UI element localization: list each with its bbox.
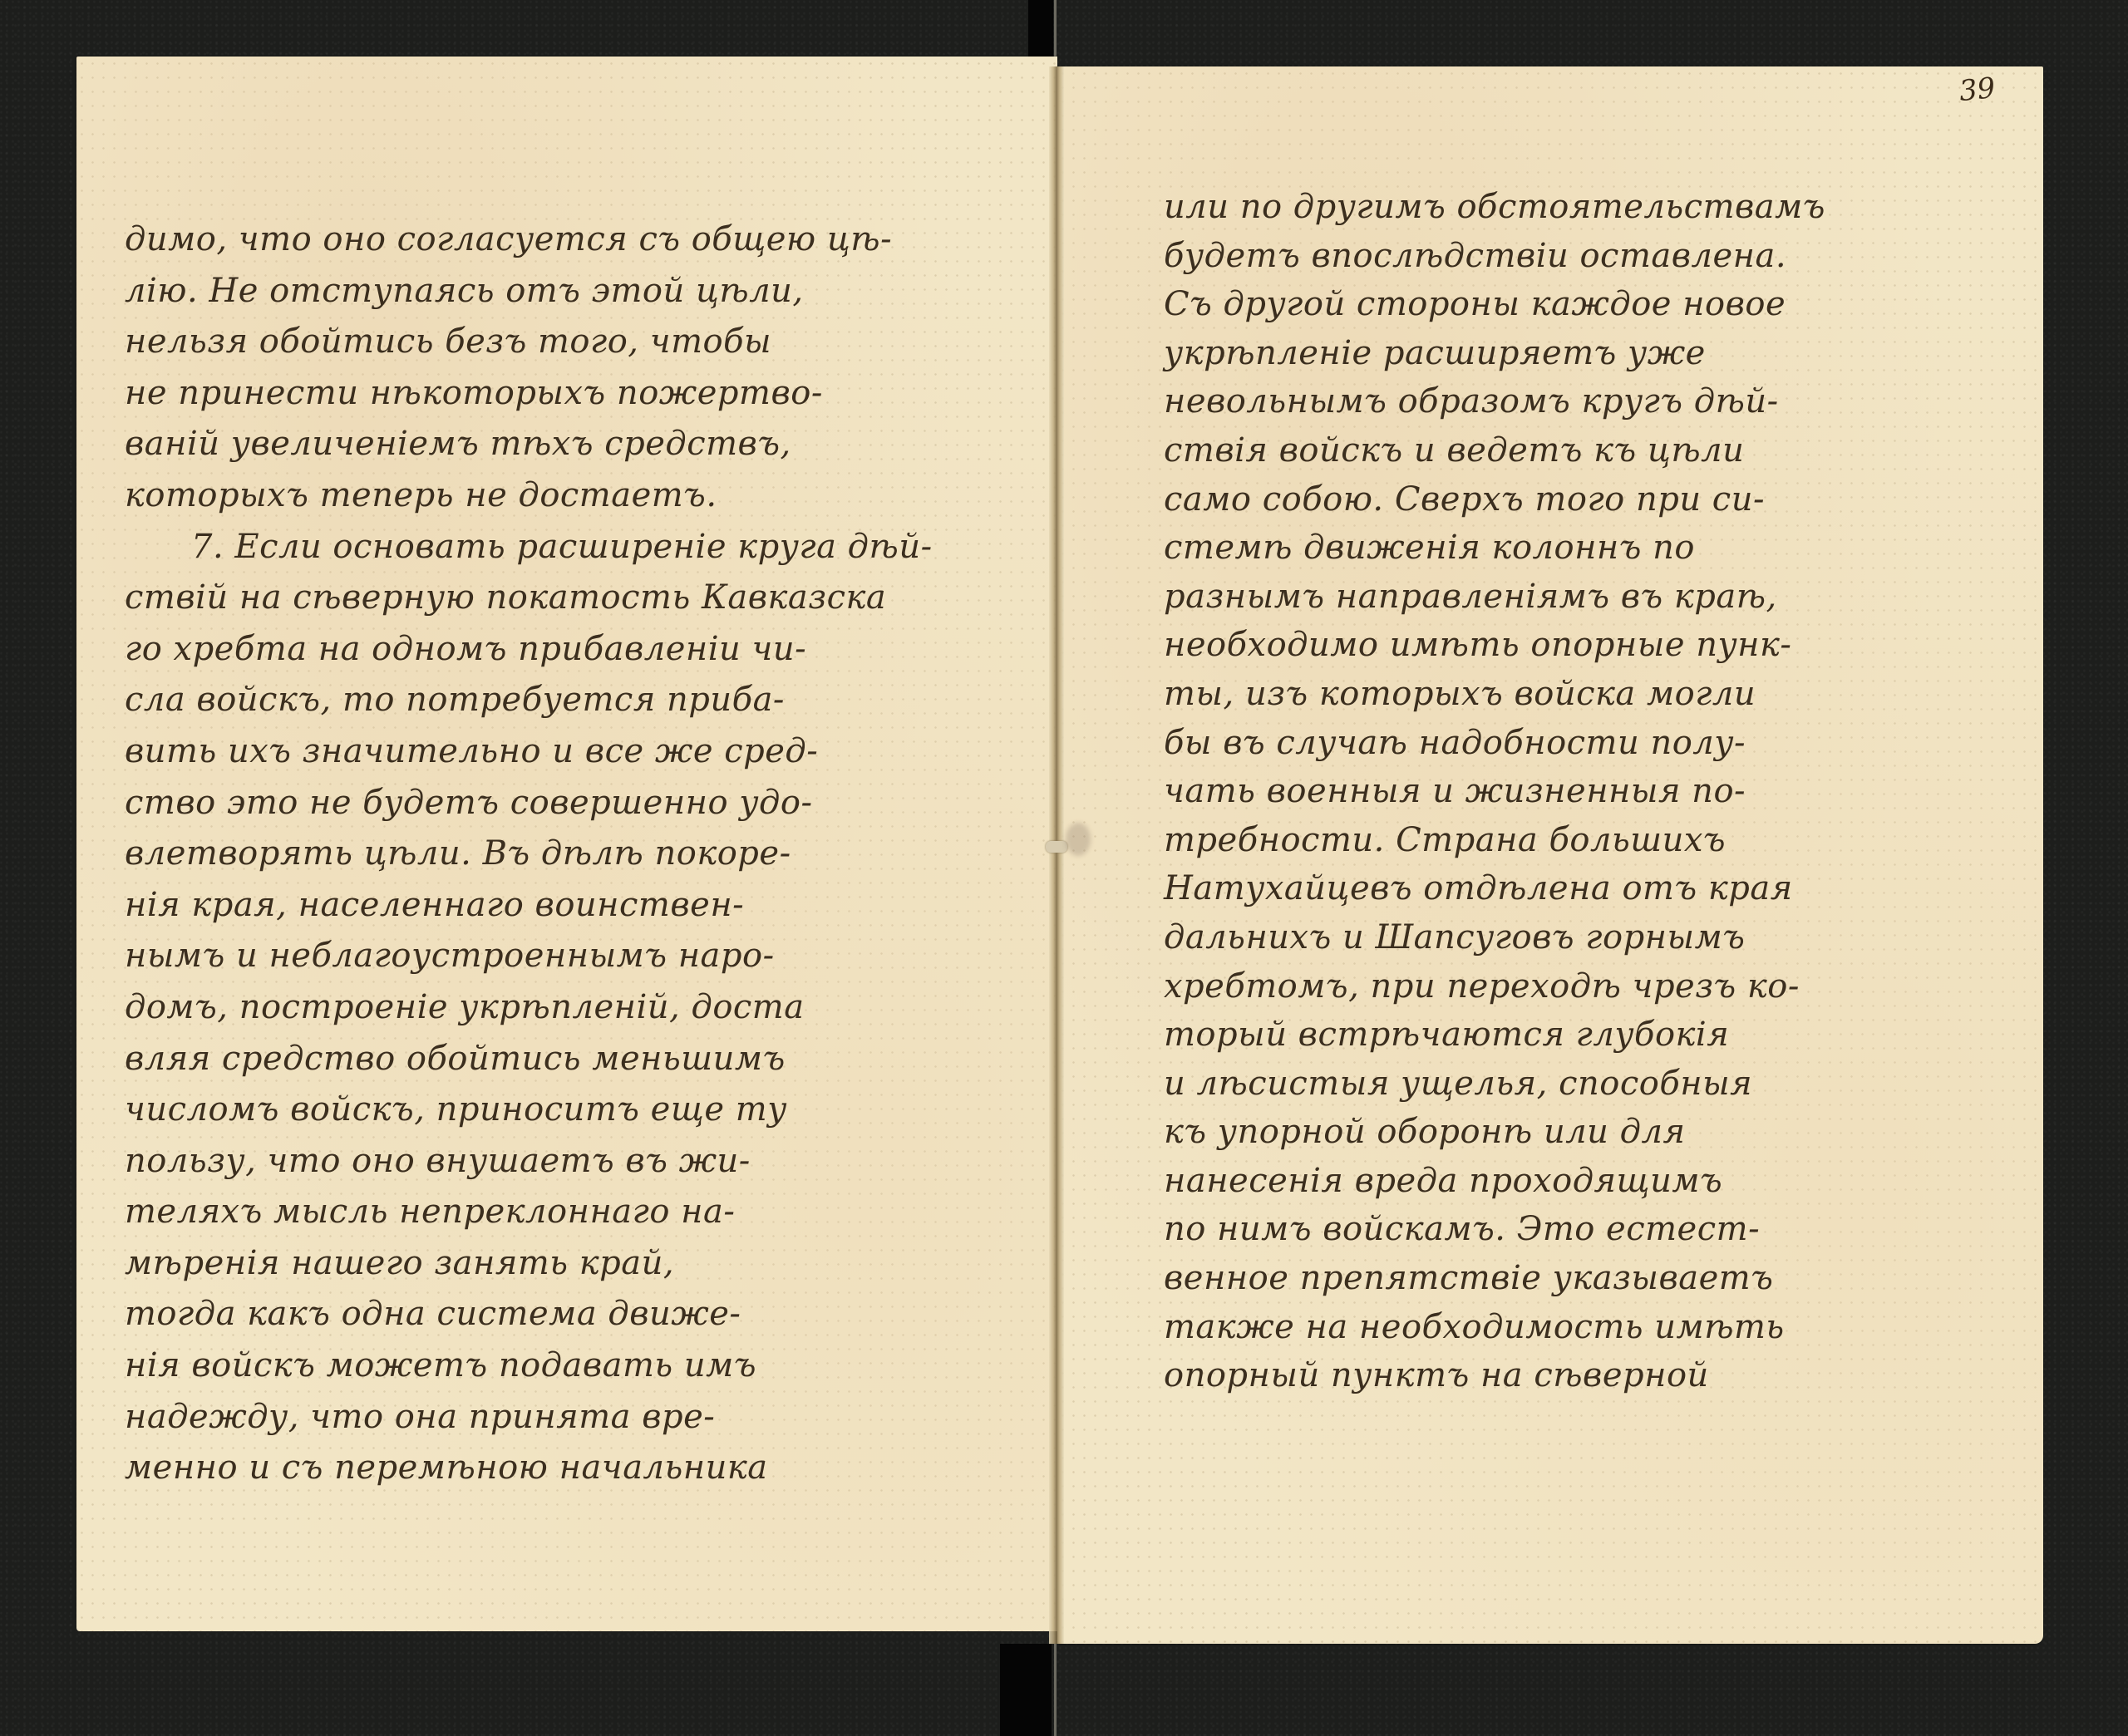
- manuscript-line: нанесенія вреда проходящимъ: [1164, 1157, 2020, 1206]
- manuscript-line: вить ихъ значительно и все же сред-: [125, 726, 1031, 778]
- manuscript-line: ваній увеличеніемъ тѣхъ средствъ,: [125, 419, 1031, 470]
- manuscript-line: пользу, что оно внушаетъ въ жи-: [125, 1136, 1031, 1188]
- paragraph-start-line: 7. Если основать расширеніе круга дѣй-: [125, 522, 1031, 573]
- manuscript-line: мѣренія нашего занять край,: [125, 1238, 1031, 1290]
- manuscript-line: по нимъ войскамъ. Это естест-: [1164, 1205, 2020, 1254]
- manuscript-line: венное препятствіе указываетъ: [1164, 1254, 2020, 1303]
- manuscript-line: надежду, что она принята вре-: [125, 1392, 1031, 1443]
- manuscript-line: торый встрѣчаются глубокія: [1164, 1011, 2020, 1060]
- manuscript-line: также на необходимость имѣть: [1164, 1303, 2020, 1352]
- right-page-text: или по другимъ обстоятельствамъ будетъ в…: [1164, 183, 2020, 1400]
- manuscript-line: домъ, построеніе укрѣпленій, доста: [125, 982, 1031, 1034]
- manuscript-line: чать военныя и жизненныя по-: [1164, 767, 2020, 816]
- backdrop-divider-bottom: [1054, 1644, 1057, 1736]
- manuscript-line: теляхъ мысль непреклоннаго на-: [125, 1187, 1031, 1238]
- manuscript-line: необходимо имѣть опорные пунк-: [1164, 621, 2020, 670]
- manuscript-line: стемѣ движенія колоннъ по: [1164, 524, 2020, 573]
- manuscript-line: сла войскъ, то потребуется прибa-: [125, 675, 1031, 726]
- manuscript-line: нымъ и неблагоустроеннымъ наро-: [125, 931, 1031, 982]
- manuscript-line: числомъ войскъ, приноситъ еще ту: [125, 1084, 1031, 1136]
- manuscript-line: лію. Не отступаясь отъ этой цѣли,: [125, 266, 1031, 317]
- manuscript-line: влетворять цѣли. Въ дѣлѣ покоре-: [125, 829, 1031, 880]
- manuscript-line: укрѣпленіе расширяетъ уже: [1164, 329, 2020, 378]
- manuscript-line: Натухайцевъ отдѣлена отъ края: [1164, 864, 2020, 913]
- manuscript-line: ты, изъ которыхъ войска могли: [1164, 670, 2020, 719]
- manuscript-line: Съ другой стороны каждое новое: [1164, 280, 2020, 329]
- manuscript-line: и лѣсистыя ущелья, способныя: [1164, 1060, 2020, 1109]
- manuscript-line: будетъ впослѣдствіи оставлена.: [1164, 232, 2020, 281]
- manuscript-line: невольнымъ образомъ кругъ дѣй-: [1164, 377, 2020, 426]
- manuscript-line: нельзя обойтись безъ того, чтобы: [125, 317, 1031, 368]
- manuscript-line: не принести нѣкоторыхъ пожертво-: [125, 368, 1031, 420]
- manuscript-line: нія края, населеннаго воинствен-: [125, 880, 1031, 932]
- right-page: 39 или по другимъ обстоятельствамъ будет…: [1057, 66, 2043, 1644]
- manuscript-line: менно и съ перемѣною начальника: [125, 1443, 1031, 1494]
- manuscript-line: тогда какъ одна система движе-: [125, 1289, 1031, 1340]
- manuscript-line: опорный пунктъ на сѣверной: [1164, 1351, 2020, 1400]
- left-page: димо, что оно согласуется съ общею цѣ- л…: [76, 57, 1057, 1631]
- manuscript-line: къ упорной оборонѣ или для: [1164, 1108, 2020, 1157]
- manuscript-line: само собою. Сверхъ того при си-: [1164, 475, 2020, 524]
- manuscript-line: ствій на сѣверную покатость Кавказска: [125, 573, 1031, 624]
- binding-thread-knot: [1046, 841, 1067, 853]
- manuscript-line: димо, что оно согласуется съ общею цѣ-: [125, 214, 1031, 266]
- left-page-text: димо, что оно согласуется съ общею цѣ- л…: [125, 214, 1031, 1494]
- manuscript-line: вляя средство обойтись меньшимъ: [125, 1034, 1031, 1085]
- manuscript-line: бы въ случаѣ надобности полу-: [1164, 719, 2020, 768]
- book-spine-fold: [1049, 66, 1064, 1644]
- manuscript-line: разнымъ направленіямъ въ краѣ,: [1164, 573, 2020, 622]
- manuscript-line: ствія войскъ и ведетъ къ цѣли: [1164, 426, 2020, 475]
- backdrop-gap-bottom: [1000, 1644, 1052, 1736]
- manuscript-line: нія войскъ можетъ подавать имъ: [125, 1340, 1031, 1392]
- ink-smudge: [1066, 823, 1091, 856]
- manuscript-line: которыхъ теперь не достаетъ.: [125, 470, 1031, 522]
- manuscript-line: ство это не будетъ совершенно удо-: [125, 778, 1031, 829]
- folio-number: 39: [1958, 71, 1997, 108]
- manuscript-line: дальнихъ и Шапсуговъ горнымъ: [1164, 913, 2020, 962]
- manuscript-line: хребтомъ, при переходѣ чрезъ ко-: [1164, 962, 2020, 1011]
- manuscript-line: или по другимъ обстоятельствамъ: [1164, 183, 2020, 232]
- manuscript-line: го хребта на одномъ прибавленіи чи-: [125, 624, 1031, 676]
- manuscript-line: требности. Страна большихъ: [1164, 816, 2020, 865]
